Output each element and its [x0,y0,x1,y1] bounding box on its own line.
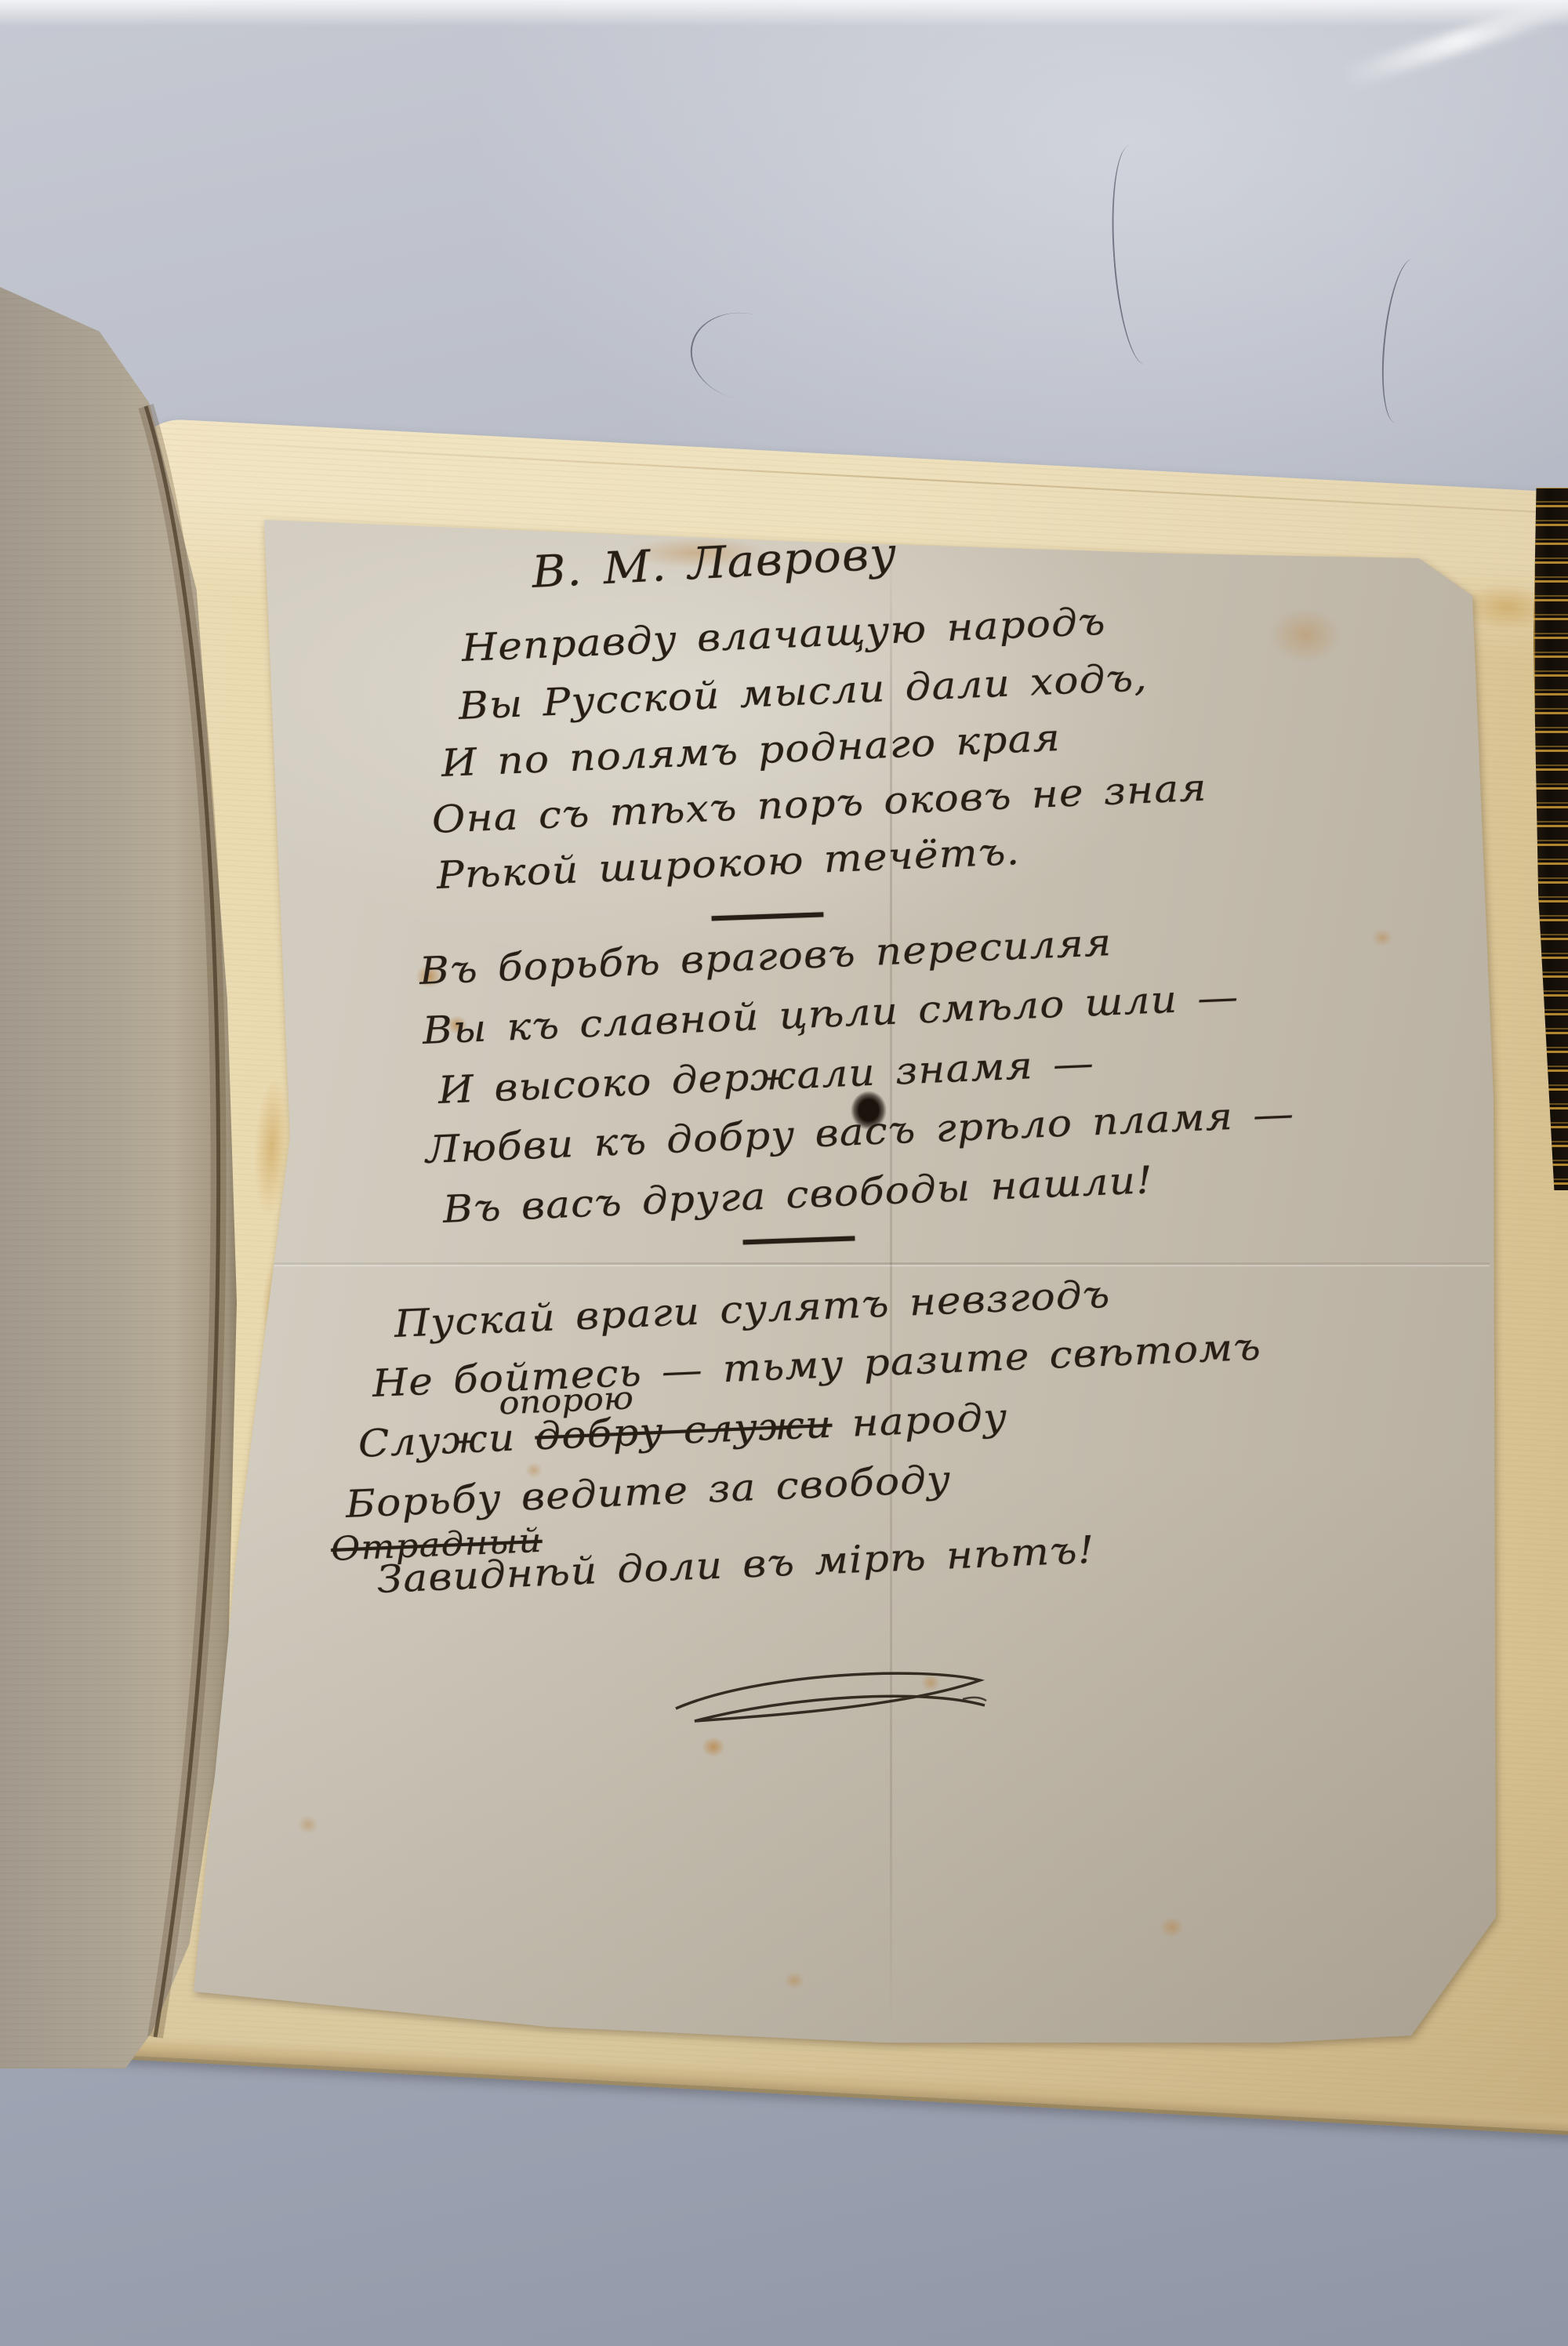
stanza-separator: — [706,895,829,928]
verse-line: Неправду влачащую народъ [461,603,1106,667]
foxing-spot [1160,1917,1184,1937]
verse-line: Борьбу ведите за свободу [345,1461,952,1523]
correction-insert: опорою [499,1382,634,1419]
foxing-spot [255,1223,278,1244]
foxing-spot [784,1972,804,1989]
verse-line-end: народу [851,1395,1008,1445]
foxing-spot [1372,929,1392,946]
verse-line-with-correction: Служи добру служи народу опорою [358,1398,1008,1463]
foxing-spot [1270,608,1341,663]
dedication-line: В. М. Лаврову [531,532,898,595]
background-scratch [681,301,810,412]
background-scratch [1105,143,1169,366]
photo-of-manuscript-album: В. М. Лаврову Неправду влачащую народъ В… [0,0,1568,2346]
verse-line: Пускай враги сулятъ невзгодъ [394,1276,1111,1343]
verse-line: И высоко держали знамя — [437,1044,1095,1109]
foxing-spot [298,1815,318,1834]
manuscript-sheet: В. М. Лаврову Неправду влачащую народъ В… [188,514,1505,2043]
verse-line: Вы къ славной цѣли смѣло шли — [422,978,1240,1050]
signature-flourish [665,1665,1002,1739]
verse-line: И по полямъ роднаго края [441,719,1062,783]
stanza-separator: — [737,1219,861,1252]
manuscript-sheet-paper: В. М. Лаврову Неправду влачащую народъ В… [188,514,1505,2043]
ink-blot [851,1091,887,1130]
foxing-spot [702,1737,725,1757]
verse-line: Вы Русской мысли дали ходъ, [458,659,1149,725]
verse-line-start: Служи [358,1416,517,1466]
background-scratch [1375,257,1433,425]
